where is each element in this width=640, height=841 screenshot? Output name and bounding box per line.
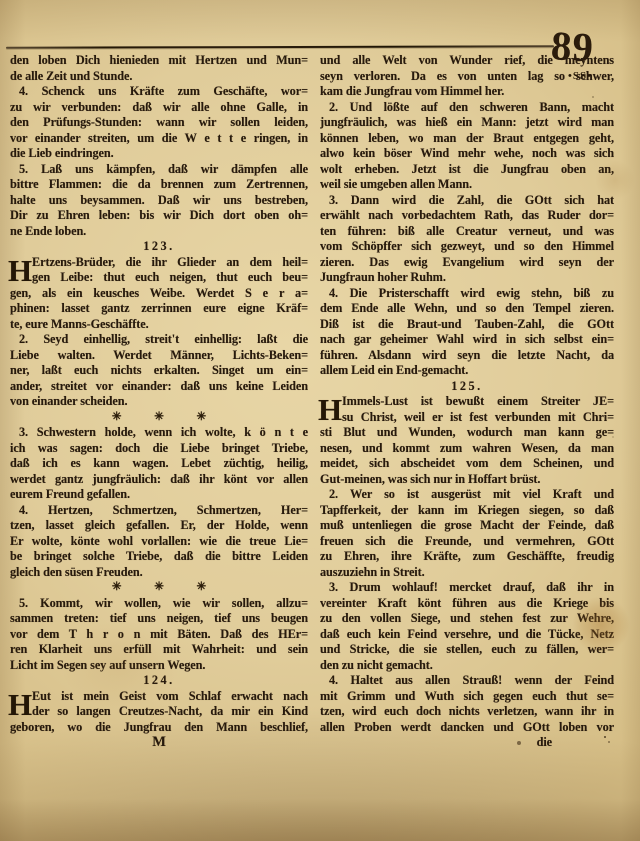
- signature-mark: M: [10, 735, 308, 751]
- text-line: zu wir verbunden: daß wir alle ohne Gall…: [10, 100, 308, 116]
- text-line: ren Klarheit uns erfüll mit Wahrheit: un…: [10, 642, 308, 658]
- verse-block: 4. Die Pristerschafft wird ewig stehn, b…: [320, 286, 614, 379]
- verse-continuation-block: und alle Welt von Wunder rief, die meynt…: [320, 53, 614, 100]
- text-line: su Christ, weil er ist fest verbunden mi…: [320, 410, 614, 426]
- verse-block: 3. Schwestern holde, wenn ich wolte, k ö…: [10, 425, 308, 503]
- text-line: 2. Und lößte auf den schweren Bann, mach…: [320, 100, 614, 116]
- verse-continuation-block: den loben Dich hienieden mit Hertzen und…: [10, 53, 308, 84]
- text-line: 5. Laß uns kämpfen, daß wir dämpfen alle: [10, 162, 308, 178]
- hymn-number: 125.: [320, 379, 614, 395]
- text-line: jungfräulich, was hieß ein Mann: jetzt w…: [320, 115, 614, 131]
- text-line: mit Grimm und Wuth sich gegen euch thut …: [320, 689, 614, 705]
- text-line: allem Leid ein End-gemacht.: [320, 363, 614, 379]
- text-line: eurem Freund gefallen.: [10, 487, 308, 503]
- text-line: Jungfraun hoher Ruhm.: [320, 270, 614, 286]
- text-line: vom Schöpffer sich gezweyt, und so den H…: [320, 239, 614, 255]
- text-line: weil sie umgeben allen Mann.: [320, 177, 614, 193]
- text-line: dem Ende alle Wehn, und so den Tempel zi…: [320, 301, 614, 317]
- text-line: meidet, sich abscheidet vom dem Scheinen…: [320, 456, 614, 472]
- verse-block: 3. Drum wohlauf! mercket drauf, daß ihr …: [320, 580, 614, 673]
- text-line: gen Leibe: thut euch neigen, thut euch b…: [10, 270, 308, 286]
- text-line: 2. Wer so ist ausgerüst mit viel Kraft u…: [320, 487, 614, 503]
- text-line: vor einander streiten, um die W e t t e …: [10, 131, 308, 147]
- text-line: alwo kein böser Wind mehr wehe, noch was…: [320, 146, 614, 162]
- text-line: ander, streitet vor einander: daß uns ke…: [10, 379, 308, 395]
- text-line: ten führen: biß alle Creatur verneut, un…: [320, 224, 614, 240]
- text-line: allen Proben werdt dancken und GOtt lobe…: [320, 720, 614, 736]
- drop-cap-initial: H: [318, 394, 342, 425]
- text-line: Immels-Lust ist bewußt einem Streiter JE…: [320, 394, 614, 410]
- text-line: der so langen Creutzes-Nacht, da mir ein…: [10, 704, 308, 720]
- text-line: ne Ende loben.: [10, 224, 308, 240]
- text-line: 4. Hertzen, Schmertzen, Schmertzen, Her=: [10, 503, 308, 519]
- text-line: bittre Flammen: die da brennen zum Zertr…: [10, 177, 308, 193]
- text-line: daß euch kein Feind versehre, und die Tü…: [320, 627, 614, 643]
- left-text-column: den loben Dich hienieden mit Hertzen und…: [10, 53, 308, 751]
- text-line: 4. Schenck uns Kräfte zum Geschäfte, wor…: [10, 84, 308, 100]
- text-line: kam die Jungfrau vom Himmel her.: [320, 84, 614, 100]
- text-line: nach gar geheimer Wahl wird in sich selb…: [320, 332, 614, 348]
- verse-block: 4. Haltet aus allen Strauß! wenn der Fei…: [320, 673, 614, 735]
- verse-block: 4. Schenck uns Kräfte zum Geschäfte, wor…: [10, 84, 308, 162]
- text-line: Eut ist mein Geist vom Schlaf erwacht na…: [10, 689, 308, 705]
- text-line: Er wolte, könte wohl vorlallen: wie die …: [10, 534, 308, 550]
- text-line: tzen, wird euch doch nichts verletzen, w…: [320, 704, 614, 720]
- text-line: 3. Dann wird die Zahl, die GOtt sich hat: [320, 193, 614, 209]
- verse-block: 3. Dann wird die Zahl, die GOtt sich hat…: [320, 193, 614, 286]
- text-line: ich was sagen: doch die Liebe bringet Tr…: [10, 441, 308, 457]
- text-line: die Lieb eindringen.: [10, 146, 308, 162]
- text-line: 4. Haltet aus allen Strauß! wenn der Fei…: [320, 673, 614, 689]
- text-line: vereinter Kraft könt führen aus die Krie…: [320, 596, 614, 612]
- text-line: den Prüfungs-Stunden: wann wir sollen le…: [10, 115, 308, 131]
- catchword: die: [320, 735, 614, 751]
- hymn-block: HErtzens-Brüder, die ihr Glieder an dem …: [10, 255, 308, 333]
- header-rule: [6, 45, 554, 48]
- text-line: Dir zu Ehren leben: bis wir Dich dort ob…: [10, 208, 308, 224]
- text-line: Licht im Segen sey auf unsern Wegen.: [10, 658, 308, 674]
- text-line: den loben Dich hienieden mit Hertzen und…: [10, 53, 308, 69]
- verse-block: 2. Wer so ist ausgerüst mit viel Kraft u…: [320, 487, 614, 580]
- text-line: zu Ehren, ihre Kräfte, zum Geschäffte, f…: [320, 549, 614, 565]
- text-line: von einander scheiden.: [10, 394, 308, 410]
- drop-cap-initial: H: [8, 689, 32, 720]
- text-line: führen. Alsdann wird seyn die letzte Nac…: [320, 348, 614, 364]
- text-line: nesen, und kommt zum wahren Wesen, da ma…: [320, 441, 614, 457]
- verse-block: 5. Kommt, wir wollen, wie wir sollen, al…: [10, 596, 308, 674]
- ornament-row: ✳ ✳ ✳: [10, 410, 308, 426]
- text-line: 5. Kommt, wir wollen, wie wir sollen, al…: [10, 596, 308, 612]
- text-line: sammen treten: tief uns neigen, tief uns…: [10, 611, 308, 627]
- text-line: 4. Die Pristerschafft wird ewig stehn, b…: [320, 286, 614, 302]
- text-line: 2. Seyd einhellig, streit't einhellig: l…: [10, 332, 308, 348]
- text-line: den zu nicht gemacht.: [320, 658, 614, 674]
- text-line: te, eure Manns-Geschäffte.: [10, 317, 308, 333]
- text-line: gen, als ein keusches Weibe. Werdet S e …: [10, 286, 308, 302]
- text-line: vor dem T h r o n mit Bäten. Daß des HEr…: [10, 627, 308, 643]
- text-line: freuen sich die Freunde, und vermehren, …: [320, 534, 614, 550]
- text-line: Diß ist die Braut-und Tauben-Zahl, die G…: [320, 317, 614, 333]
- text-line: ner, laßt euch nichts erkalten. Singet u…: [10, 363, 308, 379]
- text-line: geboren, wo die Jungfrau den Mann beschl…: [10, 720, 308, 736]
- text-line: Gut-meinen, was sich nur in Hoffart brüs…: [320, 472, 614, 488]
- text-line: zu den vollen Siege, und stehen fest zur…: [320, 611, 614, 627]
- text-line: Ertzens-Brüder, die ihr Glieder an dem h…: [10, 255, 308, 271]
- text-line: können leben, wo man der Braut entgegen …: [320, 131, 614, 147]
- verse-block: 4. Hertzen, Schmertzen, Schmertzen, Her=…: [10, 503, 308, 581]
- text-line: zieren. Das ewig Evangelium wird seyn de…: [320, 255, 614, 271]
- text-line: Liebe walten. Werdet Männer, Lichts-Beke…: [10, 348, 308, 364]
- scanned-book-page: { "page": { "number": "89", "number_orna…: [0, 0, 640, 841]
- drop-cap-initial: H: [8, 255, 32, 286]
- hymn-number: 124.: [10, 673, 308, 689]
- text-line: seyn verloren. Da es von unten lag so sc…: [320, 69, 614, 85]
- hymn-block: HEut ist mein Geist vom Schlaf erwacht n…: [10, 689, 308, 736]
- verse-block: 2. Seyd einhellig, streit't einhellig: l…: [10, 332, 308, 410]
- verse-block: 2. Und lößte auf den schweren Bann, mach…: [320, 100, 614, 193]
- text-line: be bringet solche Triebe, daß die bittre…: [10, 549, 308, 565]
- text-line: und alle Welt von Wunder rief, die meynt…: [320, 53, 614, 69]
- text-line: halte uns beysammen. Daß wir uns bestreb…: [10, 193, 308, 209]
- text-line: de alle Zeit und Stunde.: [10, 69, 308, 85]
- text-line: Tapfferkeit, der kann im Kriegen siegen,…: [320, 503, 614, 519]
- text-line: 3. Drum wohlauf! mercket drauf, daß ihr …: [320, 580, 614, 596]
- text-line: wolt erheben. Jetzt ist die Jungfrau obe…: [320, 162, 614, 178]
- text-line: und Stricke, die sie stellen, euch zu fä…: [320, 642, 614, 658]
- text-line: daß ich es kann wagen. Lebet züchtig, he…: [10, 456, 308, 472]
- verse-block: 5. Laß uns kämpfen, daß wir dämpfen alle…: [10, 162, 308, 240]
- text-line: sti Blut und Wunden, wodurch man kann ge…: [320, 425, 614, 441]
- hymn-number: 123.: [10, 239, 308, 255]
- text-line: tzen, lasset gleich gefallen. Er, der Ho…: [10, 518, 308, 534]
- ink-specks: [604, 736, 606, 738]
- text-line: werdet gantz jungfräulich: daß ihr könt …: [10, 472, 308, 488]
- ornament-row: ✳ ✳ ✳: [10, 580, 308, 596]
- text-line: auszuziehn in Streit.: [320, 565, 614, 581]
- hymn-block: HImmels-Lust ist bewußt einem Streiter J…: [320, 394, 614, 487]
- text-line: erwählt nach vorbedachtem Rath, das Rude…: [320, 208, 614, 224]
- text-line: phinen: lasset gantz zerrinnen eure eign…: [10, 301, 308, 317]
- text-line: 3. Schwestern holde, wenn ich wolte, k ö…: [10, 425, 308, 441]
- text-line: gleich den süsen Freuden.: [10, 565, 308, 581]
- right-text-column: und alle Welt von Wunder rief, die meynt…: [320, 53, 614, 751]
- text-line: muß untenliegen die grose Macht der Fein…: [320, 518, 614, 534]
